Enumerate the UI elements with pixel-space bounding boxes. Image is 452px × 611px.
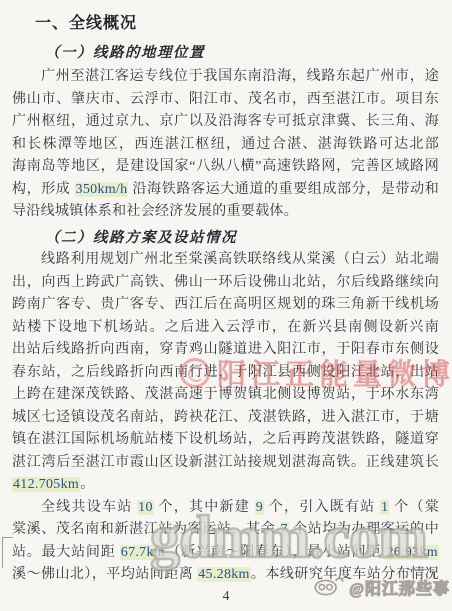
text-line: 广州至湛江客运专线位于我国东南沿海，线路东起广州市，途经 bbox=[12, 66, 439, 89]
text-line: 镇在湛江国际机场航站楼下设机场站，之后再跨茂湛铁路，隧道穿越 bbox=[12, 429, 439, 452]
text-line: 广州枢纽，通过京九、京广以及沿海客专可抵京津冀、长三角、海西 bbox=[12, 111, 439, 134]
text-line: 上跨在建深茂铁路、茂湛高速于博贺镇北侧设博贺站，于环水东湾新 bbox=[12, 384, 439, 407]
text-line: 棠溪、茂名南和新湛江站为客运站，其余 7 个站均为办理客运的中间 bbox=[12, 519, 439, 542]
text-line: 412.705km。 bbox=[12, 474, 439, 497]
page-title: 一、全线概况 bbox=[12, 10, 439, 38]
text-line: 海南岛等地区，是建设国家“八纵八横”高速铁路网，完善区域路网结 bbox=[12, 156, 439, 179]
text-line: 线路利用规划广州北至棠溪高铁联络线从棠溪（白云）站北端引 bbox=[12, 249, 439, 272]
text-line: 站楼下设地下机场站。之后进入云浮市，在新兴县南侧设新兴南站， bbox=[12, 317, 439, 340]
section-heading-2: （二）线路方案及设站情况 bbox=[12, 227, 439, 250]
text-line: 和长株潭等地区，西连湛江枢纽，通过合湛、湛海铁路可达北部湾、 bbox=[12, 134, 439, 157]
text-line: 佛山市、肇庆市、云浮市、阳江市、茂名市，西至湛江市。项目东接 bbox=[12, 89, 439, 112]
section-heading-1: （一）线路的地理位置 bbox=[12, 40, 439, 66]
text-line: 城区七迳镇设茂名南站，跨袂花江、茂湛铁路，进入湛江市，于塘㙍 bbox=[12, 407, 439, 430]
text-line: 春东站，之后线路折向西南行进，于阳江县西侧设阳江北站，出站后 bbox=[12, 362, 439, 385]
text-line: 构，形成 350km/h 沿海铁路客运大通道的重要组成部分，是带动和引 bbox=[12, 179, 439, 202]
text-line: 出，向西上跨武广高铁、佛山一环后设佛山北站，尔后线路继续向西 bbox=[12, 272, 439, 295]
text-line: 全线共设车站 10 个，其中新建 9 个，引入既有站 1 个（棠溪）， bbox=[12, 497, 439, 520]
text-line: 站。最大站间距 67.7km（新兴南～阳春东），最小站间距 26.93km（棠 bbox=[12, 542, 439, 565]
page-number: 4 bbox=[0, 589, 452, 605]
text-line: 出站后线路折向西南，穿青鸡山隧道进入阳江市，于阳春市东侧设阳 bbox=[12, 339, 439, 362]
text-line: 跨南广客专、贵广客专、西江后在高明区规划的珠三角新干线机场航 bbox=[12, 294, 439, 317]
text-line: 湛江湾后至湛江市霞山区设新湛江站接规划湛海高铁。正线建筑长度 bbox=[12, 452, 439, 475]
document-page: 一、全线概况 （一）线路的地理位置 广州至湛江客运专线位于我国东南沿海，线路东起… bbox=[0, 0, 452, 611]
text-line: 溪～佛山北），平均站间距离 45.28km。本线研究年度车站分布情况详 bbox=[12, 564, 439, 587]
page-corner-mark-right bbox=[407, 569, 434, 579]
text-line: 导沿线城镇体系和社会经济发展的重要载体。 bbox=[12, 201, 439, 224]
page-corner-mark-left bbox=[2, 537, 13, 568]
